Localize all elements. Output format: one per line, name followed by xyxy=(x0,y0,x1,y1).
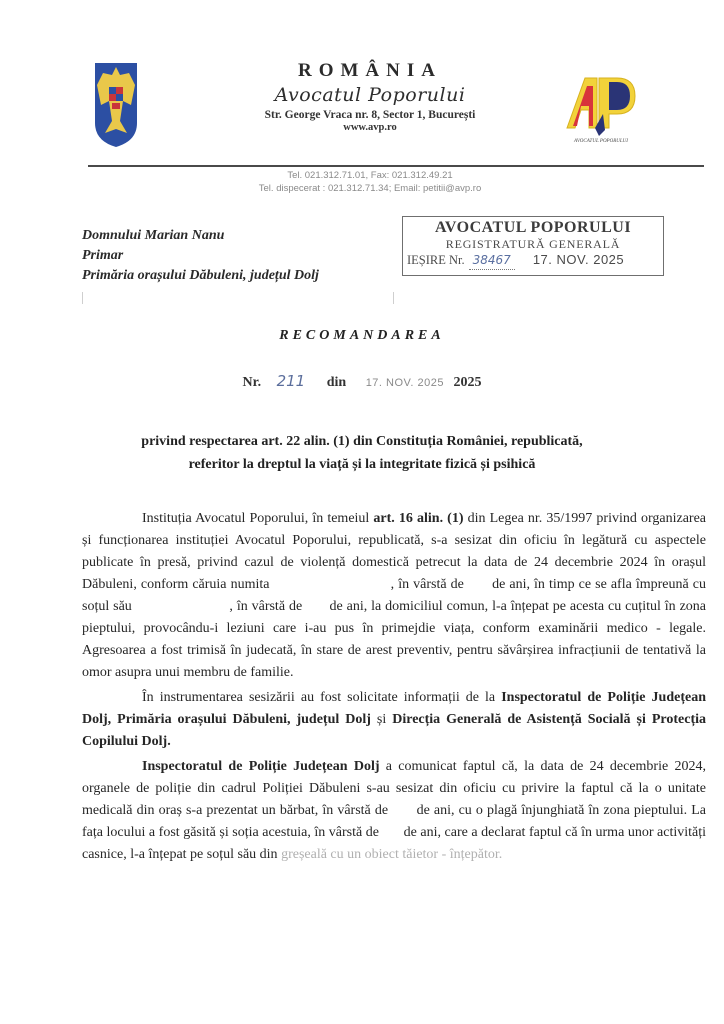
paragraph-1: Instituția Avocatul Poporului, în temeiu… xyxy=(82,508,706,684)
institution-name: Avocatul Poporului xyxy=(200,84,540,106)
document-number-line: Nr. 211 din 17. NOV. 2025 2025 xyxy=(0,372,724,391)
subject-line-2: referitor la dreptul la viață și la inte… xyxy=(0,453,724,476)
avocatul-poporului-logo-icon: AVOCATUL POPORULUI xyxy=(563,70,639,146)
nr-value: 211 xyxy=(277,372,306,390)
date-stamp: 17. NOV. 2025 xyxy=(366,377,444,389)
romania-coat-of-arms-icon xyxy=(93,61,139,149)
din-label: din xyxy=(327,375,346,390)
addressee-name: Domnului Marian Nanu xyxy=(82,226,319,246)
header-divider xyxy=(88,165,704,167)
subject-line-1: privind respectarea art. 22 alin. (1) di… xyxy=(0,430,724,453)
letterhead: ROMÂNIA Avocatul Poporului Str. George V… xyxy=(200,60,540,133)
addressee-role: Primar xyxy=(82,246,319,266)
document-year: 2025 xyxy=(453,375,481,390)
document-title: RECOMANDAREA xyxy=(0,328,724,344)
country-name: ROMÂNIA xyxy=(200,60,540,82)
contact-phone-fax: Tel. 021.312.71.01, Fax: 021.312.49.21 xyxy=(200,169,540,182)
stamp-number: 38467 xyxy=(469,252,515,270)
scan-mark xyxy=(82,292,83,304)
scan-mark xyxy=(393,292,394,304)
stamp-date: 17. NOV. 2025 xyxy=(533,251,624,268)
stamp-title: AVOCATUL POPORULUI xyxy=(407,219,659,237)
stamp-label: IEȘIRE Nr. xyxy=(407,252,465,269)
registry-stamp: AVOCATUL POPORULUI REGISTRATURĂ GENERALĂ… xyxy=(402,216,664,276)
institution-website: www.avp.ro xyxy=(200,122,540,133)
logo-caption: AVOCATUL POPORULUI xyxy=(573,139,628,144)
contact-info: Tel. 021.312.71.01, Fax: 021.312.49.21 T… xyxy=(200,169,540,195)
paragraph-2: În instrumentarea sesizării au fost soli… xyxy=(82,687,706,753)
document-body: Instituția Avocatul Poporului, în temeiu… xyxy=(82,508,706,866)
document-subject: privind respectarea art. 22 alin. (1) di… xyxy=(0,430,724,476)
addressee-block: Domnului Marian Nanu Primar Primăria ora… xyxy=(82,226,319,286)
nr-label: Nr. xyxy=(243,375,262,390)
paragraph-3: Inspectoratul de Poliție Județean Dolj a… xyxy=(82,756,706,866)
institution-address: Str. George Vraca nr. 8, Sector 1, Bucur… xyxy=(200,109,540,121)
stamp-subtitle: REGISTRATURĂ GENERALĂ xyxy=(407,237,659,251)
contact-dispatch-email: Tel. dispecerat : 021.312.71.34; Email: … xyxy=(200,182,540,195)
addressee-institution: Primăria orașului Dăbuleni, județul Dolj xyxy=(82,266,319,286)
